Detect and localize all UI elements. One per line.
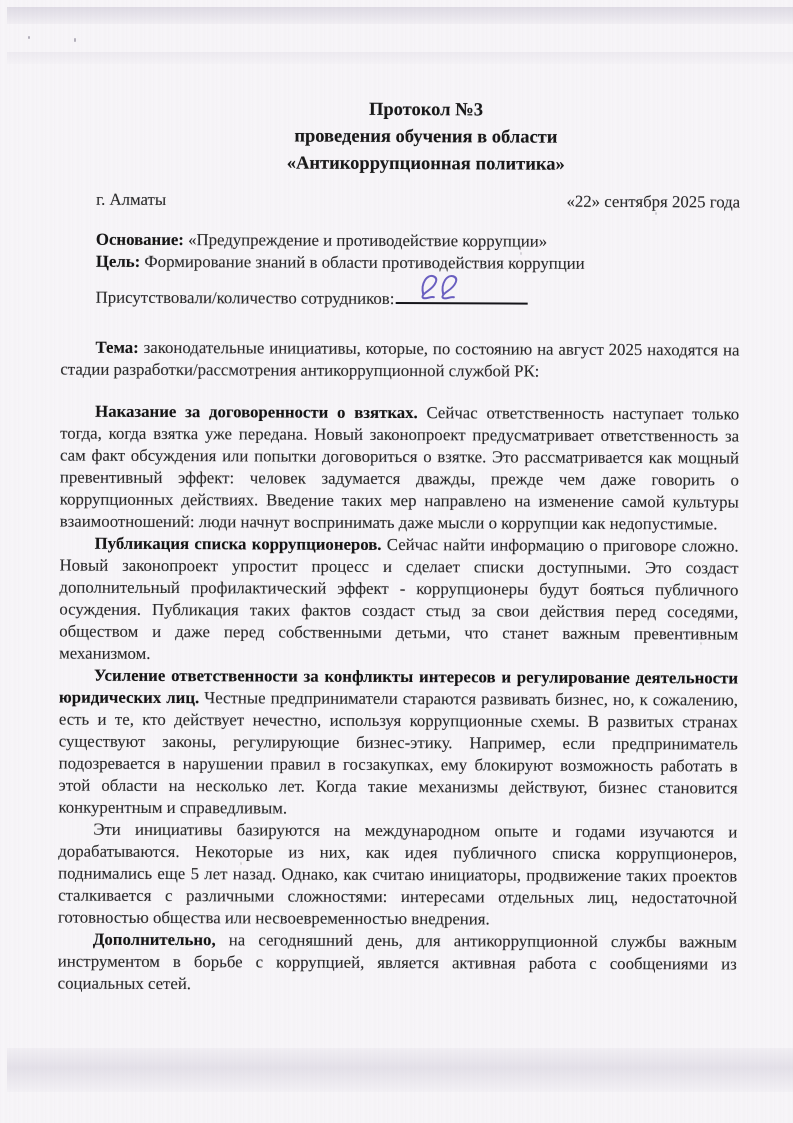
paragraph-lead: Дополнительно, [93, 930, 216, 950]
attendance-blank-line [395, 288, 527, 305]
place-label: г. Алматы [61, 189, 166, 211]
body-paragraph-initiatives: Эти инициативы базируются на международн… [58, 819, 737, 932]
theme-paragraph: Тема: законодательные инициативы, которы… [60, 337, 739, 384]
basis-field-label: Основание: [96, 230, 184, 249]
goal-field-label: Цель: [96, 252, 140, 271]
title-line-1: Протокол №3 [86, 96, 765, 126]
attendance-label: Присутствовали/количество сотрудников: [96, 288, 395, 308]
paragraph-lead: Наказание за договоренности о взятках. [95, 402, 418, 422]
theme-text: законодательные инициативы, которые, по … [60, 338, 739, 381]
fields-block: Основание: «Предупреждение и противодейс… [61, 229, 740, 276]
paragraph-lead: Публикация списка коррупционеров. [95, 534, 382, 554]
date-label: «22» сентября 2025 года [566, 191, 740, 214]
title-line-3: «Антикоррупционная политика» [86, 150, 765, 180]
title-line-2: проведения обучения в области [86, 123, 765, 153]
field-row-goal: Цель: Формирование знаний в области прот… [61, 251, 740, 276]
body-paragraph-additional: Дополнительно, на сегодняшний день, для … [58, 929, 737, 998]
paragraph-text: Сейчас найти информацию о приговоре слож… [59, 535, 739, 663]
theme-label: Тема: [95, 338, 138, 357]
paragraph-text: Сейчас ответственность наступает только … [60, 403, 740, 533]
place-date-row: г. Алматы «22» сентября 2025 года [61, 189, 740, 214]
attendance-row: Присутствовали/количество сотрудников: [61, 287, 740, 312]
basis-field-value: «Предупреждение и противодействие корруп… [184, 230, 547, 251]
field-row-basis: Основание: «Предупреждение и противодейс… [61, 229, 740, 254]
paragraph-text: Эти инициативы базируются на международн… [58, 820, 737, 929]
goal-field-value: Формирование знаний в области противодей… [140, 252, 585, 273]
document-sheet: Протокол №3 проведения обучения в област… [0, 0, 793, 1123]
body-paragraph-liability: Усиление ответственности за конфликты ин… [58, 665, 738, 822]
paragraph-text: Честные предприниматели стараются развив… [58, 688, 738, 817]
body-paragraph-publication: Публикация списка коррупционеров. Сейчас… [59, 533, 739, 668]
handwritten-count [417, 270, 465, 302]
body-paragraph-bribery: Наказание за договоренности о взятках. С… [60, 401, 740, 536]
protocol-title: Протокол №3 проведения обучения в област… [86, 96, 765, 180]
